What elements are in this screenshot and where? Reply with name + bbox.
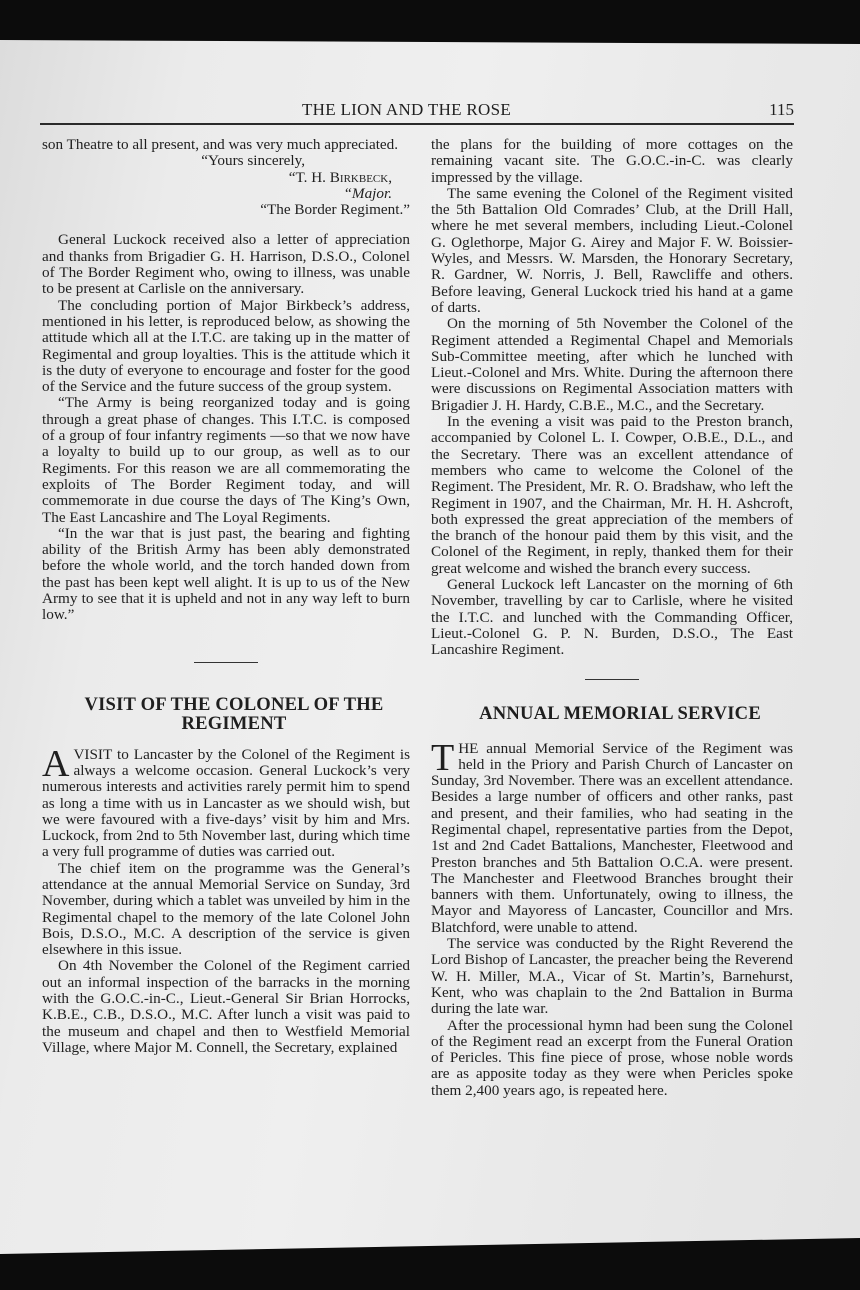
paragraph-concluding: The concluding portion of Major Birkbeck…: [42, 298, 410, 396]
paragraph-memorial: THE annual Memorial Service of the Regim…: [431, 741, 793, 937]
section-heading-visit-line1: VISIT OF THE COLONEL OF THE: [42, 695, 410, 714]
page-number: 115: [769, 100, 794, 120]
left-column: son Theatre to all present, and was very…: [42, 137, 410, 1056]
section-heading-visit-line2: REGIMENT: [42, 714, 410, 733]
paragraph-memorial-text: HE annual Memorial Service of the Regime…: [431, 740, 793, 936]
magazine-page: THE LION AND THE ROSE 115 son Theatre to…: [0, 40, 860, 1254]
spacer: [42, 218, 410, 232]
drop-cap: T: [431, 743, 458, 773]
signature-closing: “Yours sincerely,: [42, 153, 410, 169]
paragraph-war: “In the war that is just past, the beari…: [42, 526, 410, 624]
paragraph-chief-item: The chief item on the programme was the …: [42, 861, 410, 959]
signature-surname: Birkbeck,: [330, 169, 392, 186]
publication-title: THE LION AND THE ROSE: [302, 100, 511, 120]
section-heading-memorial: ANNUAL MEMORIAL SERVICE: [431, 704, 793, 723]
paragraph-harrison: General Luckock received also a letter o…: [42, 232, 410, 297]
signature-name: “T. H. Birkbeck,: [42, 170, 410, 186]
signature-rank: “Major.: [42, 186, 410, 202]
running-head: THE LION AND THE ROSE 115: [40, 99, 794, 125]
spacer: [431, 659, 793, 679]
spacer: [431, 680, 793, 704]
paragraph-visit: AVISIT to Lancaster by the Colonel of th…: [42, 747, 410, 861]
right-column: the plans for the building of more cotta…: [431, 137, 793, 1099]
paragraph-plans: the plans for the building of more cotta…: [431, 137, 793, 186]
paragraph-left-lancaster: General Luckock left Lancaster on the mo…: [431, 577, 793, 658]
paragraph-5th-november: On the morning of 5th November the Colon…: [431, 316, 793, 414]
paragraph-continuation: son Theatre to all present, and was very…: [42, 137, 410, 153]
signature-regiment: “The Border Regiment.”: [42, 202, 410, 218]
paragraph-conducted: The service was conducted by the Right R…: [431, 936, 793, 1017]
spacer: [42, 663, 410, 695]
signature-initials: “T. H.: [289, 169, 330, 186]
paragraph-same-evening: The same evening the Colonel of the Regi…: [431, 186, 793, 316]
paragraph-4th-november: On 4th November the Colonel of the Regim…: [42, 958, 410, 1056]
spacer: [42, 624, 410, 662]
paragraph-army: “The Army is being reorganized today and…: [42, 395, 410, 525]
drop-cap: A: [42, 749, 73, 779]
paragraph-hymn: After the processional hymn had been sun…: [431, 1018, 793, 1099]
spacer: [42, 733, 410, 747]
paragraph-preston: In the evening a visit was paid to the P…: [431, 414, 793, 577]
spacer: [431, 723, 793, 741]
paragraph-visit-text: VISIT to Lancaster by the Colonel of the…: [42, 746, 410, 861]
